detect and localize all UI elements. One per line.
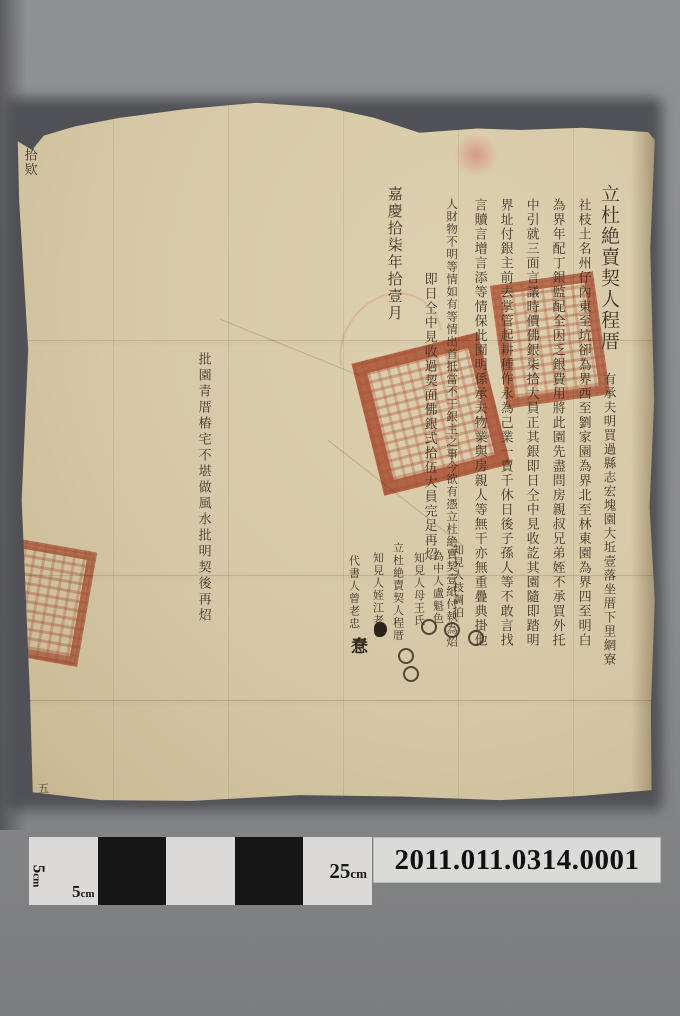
payment-note-column: 即日仝中見收過契面佛銀弍拾伍大員完足再炤: [422, 272, 436, 562]
scale-segment-white: 25cm: [303, 837, 372, 905]
scale-segment-black: [235, 837, 304, 905]
signature-seller: 立杜絶賣契人程厝: [392, 542, 404, 642]
signature-middleman: 為中人盧魁色: [432, 550, 444, 625]
catalog-number-card: 2011.011.0314.0001: [373, 837, 661, 883]
scale-segment-white: [166, 837, 235, 905]
deed-body-column: 界址付銀主前去掌管起耕種作永為己業一賣千休日後子孫人等不敢言找: [498, 198, 512, 648]
signature-ring-mark: [444, 622, 460, 638]
scale-segment-white: 5cm 5cm: [29, 837, 98, 905]
deed-paper: 拾欵 立杜絶賣契人程厝 有承夫明買過縣志宏塊園大坵壹落坐厝下里網寮 社枝土名州仔…: [10, 92, 660, 808]
signature-ring-mark: [468, 630, 484, 646]
scale-first-label: 5cm: [72, 883, 95, 901]
fold-line: [573, 92, 574, 808]
scale-side-unit: cm: [30, 873, 42, 887]
scribe-cipher-mark: 惷: [351, 632, 368, 657]
scale-side-number: 5: [29, 865, 48, 874]
fold-line: [343, 92, 344, 808]
deed-title-column: 立杜絶賣契人程厝 有承夫明買過縣志宏塊園大坵壹落坐厝下里網寮: [598, 184, 618, 667]
scale-side-label: 5cm: [29, 865, 47, 888]
signature-witness-2: 知見人母王氏: [413, 552, 425, 627]
scale-last-unit: cm: [350, 866, 367, 881]
signature-scribe: 代書人曾老忠: [348, 555, 360, 630]
archive-photo: 拾欵 立杜絶賣契人程厝 有承夫明買過縣志宏塊園大坵壹落坐厝下里網寮 社枝土名州仔…: [0, 0, 680, 1016]
scale-bar: 5cm 5cm 25cm: [29, 837, 372, 905]
catalog-number: 2011.011.0314.0001: [394, 844, 639, 877]
ink-blot-mark: [374, 622, 387, 637]
date-column: 嘉慶拾柒年拾壹月: [386, 186, 402, 322]
deed-body-column: 為界年配丁銀監配全因乏銀費用將此園先盡問房親叔兄弟姪不承買外托: [550, 198, 564, 648]
deed-body-column: 社枝土名州仔內東至坑卻為界西至劉家園為界北至林東園為界四至明白: [576, 198, 590, 648]
scale-last-label: 25cm: [329, 861, 367, 882]
deed-title-continuation: 有承夫明買過縣志宏塊園大坵壹落坐厝下里網寮: [602, 373, 617, 667]
deed-title: 立杜絶賣契人程厝: [598, 184, 620, 352]
scale-last-number: 25: [329, 859, 350, 883]
fold-line: [10, 700, 660, 701]
signature-witness-1: 知見人枝調伯: [452, 544, 464, 619]
signature-ring-mark: [398, 648, 414, 664]
faded-seal-smudge: [449, 128, 504, 182]
signature-witness-3: 知見人姪江老: [372, 552, 384, 627]
corner-note: 拾欵: [22, 148, 36, 177]
deed-body-column: 言贖言增言添等情保此園明係承夫物業與房親人等無干亦無重疊典掛他: [472, 198, 486, 648]
signature-ring-mark: [421, 619, 437, 635]
scale-first-unit: cm: [81, 888, 95, 900]
fold-line: [113, 92, 114, 808]
side-note-column: 批園青厝樁宅不堪做風水批明契後再炤: [196, 352, 210, 624]
signature-ring-mark: [403, 666, 419, 682]
fold-line: [228, 92, 229, 808]
scale-first-number: 5: [72, 882, 81, 901]
scale-segment-black: [98, 837, 167, 905]
deed-body-column: 中引就三面言議時價佛銀柒拾大員正其銀即日仝中見收訖其園隨即踏明: [524, 198, 538, 648]
